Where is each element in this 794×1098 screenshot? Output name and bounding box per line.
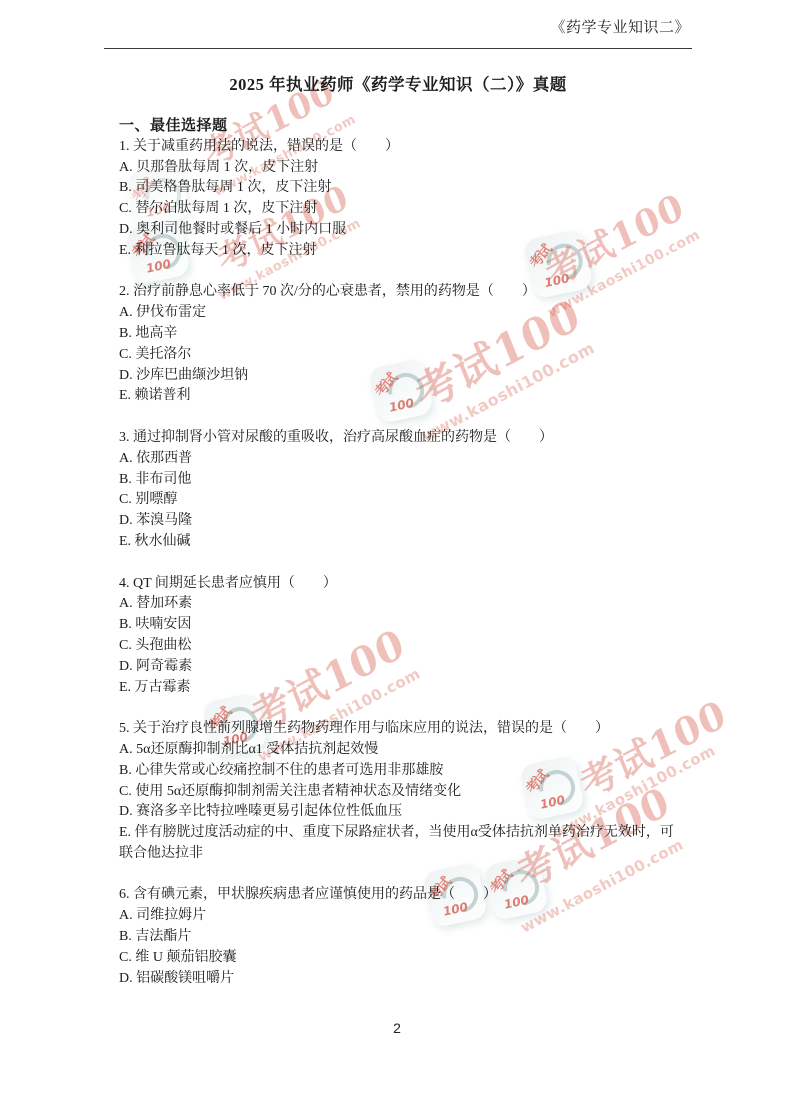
question-stem: 1. 关于减重药用法的说法，错误的是（ ） [119,137,679,158]
question-stem: 3. 通过抑制肾小管对尿酸的重吸收，治疗高尿酸血症的药物是（ ） [119,428,679,449]
question-4: 4. QT 间期延长患者应慎用（ ） A. 替加环素 B. 呋喃安因 C. 头孢… [119,574,679,699]
question-option: D. 奥利司他餐时或餐后 1 小时内口服 [119,220,679,241]
question-option: D. 沙库巴曲缬沙坦钠 [119,366,679,387]
question-option: B. 心律失常或心绞痛控制不住的患者可选用非那雄胺 [119,761,679,782]
question-option: E. 伴有膀胱过度活动症的中、重度下尿路症状者，当使用α受体拮抗剂单药治疗无效时… [119,823,679,865]
question-option: C. 使用 5α还原酶抑制剂需关注患者精神状态及情绪变化 [119,782,679,803]
question-option: B. 司美格鲁肽每周 1 次，皮下注射 [119,178,679,199]
question-option: E. 利拉鲁肽每天 1 次，皮下注射 [119,241,679,262]
question-option: E. 秋水仙碱 [119,532,679,553]
question-stem: 4. QT 间期延长患者应慎用（ ） [119,574,679,595]
question-5: 5. 关于治疗良性前列腺增生药物药理作用与临床应用的说法，错误的是（ ） A. … [119,719,679,865]
document-body: 一、最佳选择题 1. 关于减重药用法的说法，错误的是（ ） A. 贝那鲁肽每周 … [119,116,679,989]
section-heading: 一、最佳选择题 [119,116,679,137]
question-stem: 5. 关于治疗良性前列腺增生药物药理作用与临床应用的说法，错误的是（ ） [119,719,679,740]
document-title: 2025 年执业药师《药学专业知识（二）》真题 [104,71,692,95]
question-option: A. 司维拉姆片 [119,906,679,927]
question-option: D. 阿奇霉素 [119,657,679,678]
question-1: 1. 关于减重药用法的说法，错误的是（ ） A. 贝那鲁肽每周 1 次，皮下注射… [119,137,679,262]
question-6: 6. 含有碘元素，甲状腺疾病患者应谨慎使用的药品是（ ） A. 司维拉姆片 B.… [119,885,679,989]
question-option: B. 吉法酯片 [119,927,679,948]
question-option: A. 贝那鲁肽每周 1 次，皮下注射 [119,158,679,179]
page-number: 2 [0,1020,794,1036]
question-option: A. 依那西普 [119,449,679,470]
question-option: E. 赖诺普利 [119,386,679,407]
question-option: B. 地高辛 [119,324,679,345]
question-3: 3. 通过抑制肾小管对尿酸的重吸收，治疗高尿酸血症的药物是（ ） A. 依那西普… [119,428,679,553]
question-option: A. 5α还原酶抑制剂比α1 受体拮抗剂起效慢 [119,740,679,761]
question-option: C. 头孢曲松 [119,636,679,657]
document-page: 考试 100 考试 100 考试 100 考试 100 考试 100 考试 10… [0,0,794,1098]
question-option: D. 苯溴马隆 [119,511,679,532]
question-stem: 2. 治疗前静息心率低于 70 次/分的心衰患者，禁用的药物是（ ） [119,282,679,303]
question-option: D. 铝碳酸镁咀嚼片 [119,969,679,990]
question-option: E. 万古霉素 [119,678,679,699]
question-option: C. 维 U 颠茄铝胶囊 [119,948,679,969]
question-option: B. 非布司他 [119,470,679,491]
question-stem: 6. 含有碘元素，甲状腺疾病患者应谨慎使用的药品是（ ） [119,885,679,906]
header-rule [104,48,692,49]
question-option: A. 伊伐布雷定 [119,303,679,324]
question-option: D. 赛洛多辛比特拉唑嗪更易引起体位性低血压 [119,802,679,823]
header-course-label: 《药学专业知识二》 [550,16,690,37]
question-option: C. 替尔泊肽每周 1 次，皮下注射 [119,199,679,220]
question-option: B. 呋喃安因 [119,615,679,636]
question-option: A. 替加环素 [119,594,679,615]
question-option: C. 别嘌醇 [119,490,679,511]
question-option: C. 美托洛尔 [119,345,679,366]
question-2: 2. 治疗前静息心率低于 70 次/分的心衰患者，禁用的药物是（ ） A. 伊伐… [119,282,679,407]
